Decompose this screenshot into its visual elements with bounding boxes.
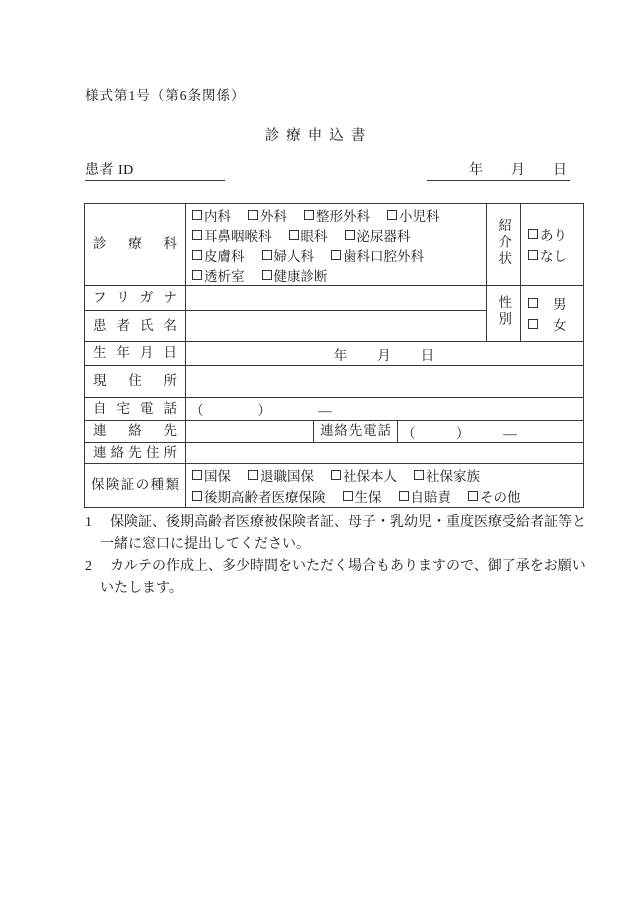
- department-label: 診療科: [85, 236, 185, 252]
- form-page: 様式第1号（第6条関係） 診療申込書 患者 ID 年 月 日 診療科 内科 外科…: [0, 0, 630, 915]
- checkbox-option-kenko[interactable]: 健康診断: [262, 265, 328, 285]
- checkbox-icon: [262, 270, 272, 280]
- checkbox-icon: [304, 210, 314, 220]
- checkbox-option-female[interactable]: 女: [528, 314, 583, 335]
- note-line: 1保険証、後期高齢者医療被保険者証、母子・乳幼児・重度医療受給者証等と: [85, 512, 590, 534]
- checkbox-label: 透析室: [204, 265, 245, 285]
- checkbox-label: 男: [553, 293, 567, 313]
- checkbox-option-taishoku[interactable]: 退職国保: [248, 465, 314, 485]
- checkbox-option-shaho-kazoku[interactable]: 社保家族: [414, 465, 480, 485]
- table-row: 自宅電話 （ ） ―: [85, 398, 584, 421]
- home-phone-value: （ ） ―: [186, 399, 583, 419]
- table-row: 診療科 内科 外科 整形外科 小児科 耳鼻咽喉科 眼科 泌尿器科 皮膚科 婦人科: [85, 204, 584, 286]
- home-phone-label: 自宅電話: [85, 401, 185, 417]
- checkbox-icon: [399, 491, 409, 501]
- checkbox-option-geka[interactable]: 外科: [248, 205, 287, 225]
- checkbox-icon: [345, 230, 355, 240]
- address-label: 現住所: [85, 373, 185, 389]
- checkbox-label: 眼科: [301, 225, 328, 245]
- checkbox-icon: [192, 250, 202, 260]
- checkbox-label: あり: [540, 224, 567, 244]
- patient-name-label: 患者氏名: [85, 318, 185, 334]
- insurance-line-2: 後期高齢者医療保険 生保 自賠責 その他: [186, 486, 583, 507]
- referral-options: あり なし: [521, 224, 583, 266]
- note-text: カルテの作成上、多少時間をいただく場合もありますので、御了承をお願い: [110, 559, 586, 574]
- department-line-1: 内科 外科 整形外科 小児科: [186, 205, 486, 225]
- checkbox-icon: [343, 491, 353, 501]
- checkbox-icon: [192, 230, 202, 240]
- gender-options: 男 女: [521, 293, 583, 335]
- checkbox-label: 生保: [355, 486, 382, 506]
- birth-date-input-cell[interactable]: 年 月 日: [186, 342, 584, 366]
- referral-label-cell: 紹介状: [487, 204, 521, 286]
- checkbox-option-shonika[interactable]: 小児科: [387, 205, 440, 225]
- address-input-cell[interactable]: [186, 366, 584, 398]
- patient-id-label: 患者 ID: [85, 163, 134, 178]
- checkbox-icon: [528, 298, 538, 308]
- furigana-label: フリガナ: [85, 290, 185, 306]
- department-options-cell: 内科 外科 整形外科 小児科 耳鼻咽喉科 眼科 泌尿器科 皮膚科 婦人科 歯科口…: [186, 204, 487, 286]
- checkbox-icon: [248, 470, 258, 480]
- gender-label: 性別: [497, 295, 511, 328]
- checkbox-label: 国保: [204, 465, 231, 485]
- checkbox-option-kokuho[interactable]: 国保: [192, 465, 231, 485]
- gender-label-cell: 性別: [487, 286, 521, 342]
- contact-address-label-cell: 連絡先住所: [85, 443, 186, 464]
- referral-options-cell: あり なし: [521, 204, 584, 286]
- checkbox-label: 皮膚科: [204, 245, 245, 265]
- checkbox-icon: [192, 491, 202, 501]
- form-number: 様式第1号（第6条関係）: [85, 84, 246, 104]
- checkbox-icon: [192, 470, 202, 480]
- date-placeholder: 年 月 日: [469, 163, 567, 178]
- checkbox-option-hifuka[interactable]: 皮膚科: [192, 245, 245, 265]
- checkbox-option-jibi[interactable]: 耳鼻咽喉科: [192, 225, 272, 245]
- checkbox-icon: [192, 270, 202, 280]
- checkbox-icon: [528, 319, 538, 329]
- checkbox-icon: [387, 210, 397, 220]
- checkbox-label: 婦人科: [274, 245, 315, 265]
- checkbox-icon: [528, 229, 538, 239]
- checkbox-option-sonota[interactable]: その他: [468, 486, 521, 506]
- page-title: 診療申込書: [0, 124, 630, 145]
- checkbox-label: 自賠責: [411, 486, 452, 506]
- contact-phone-label-cell: 連絡先電話: [314, 421, 398, 443]
- note-number: 1: [85, 512, 110, 534]
- insurance-label: 保険証の種類: [85, 477, 185, 493]
- checkbox-icon: [331, 250, 341, 260]
- checkbox-option-kouki[interactable]: 後期高齢者医療保険: [192, 486, 326, 506]
- checkbox-label: 小児科: [399, 205, 440, 225]
- checkbox-label: 内科: [204, 205, 231, 225]
- department-line-3: 皮膚科 婦人科 歯科口腔外科: [186, 245, 486, 265]
- checkbox-label: その他: [480, 486, 521, 506]
- home-phone-label-cell: 自宅電話: [85, 398, 186, 421]
- address-label-cell: 現住所: [85, 366, 186, 398]
- checkbox-option-naika[interactable]: 内科: [192, 205, 231, 225]
- checkbox-icon: [528, 250, 538, 260]
- referral-label: 紹介状: [497, 218, 511, 268]
- department-line-2: 耳鼻咽喉科 眼科 泌尿器科: [186, 225, 486, 245]
- furigana-input-cell[interactable]: [186, 286, 487, 311]
- contact-label-cell: 連絡先: [85, 421, 186, 443]
- checkbox-option-referral-no[interactable]: なし: [528, 245, 583, 266]
- furigana-label-cell: フリガナ: [85, 286, 186, 311]
- checkbox-icon: [192, 210, 202, 220]
- contact-address-label: 連絡先住所: [85, 445, 185, 461]
- checkbox-label: 耳鼻咽喉科: [204, 225, 272, 245]
- date-field[interactable]: 年 月 日: [427, 159, 570, 181]
- note-text: 一緒に窓口に提出してください。: [85, 534, 590, 556]
- department-line-4: 透析室 健康診断: [186, 265, 486, 285]
- checkbox-icon: [468, 491, 478, 501]
- birth-date-value: 年 月 日: [186, 344, 583, 364]
- footer-notes: 1保険証、後期高齢者医療被保険者証、母子・乳幼児・重度医療受給者証等と 一緒に窓…: [85, 512, 590, 600]
- checkbox-label: 社保本人: [343, 465, 397, 485]
- checkbox-option-seiho[interactable]: 生保: [343, 486, 382, 506]
- checkbox-option-hinyokika[interactable]: 泌尿器科: [345, 225, 411, 245]
- checkbox-label: なし: [540, 245, 567, 265]
- checkbox-label: 歯科口腔外科: [343, 245, 424, 265]
- birth-date-label-cell: 生年月日: [85, 342, 186, 366]
- checkbox-option-shaho-honnin[interactable]: 社保本人: [331, 465, 397, 485]
- checkbox-icon: [262, 250, 272, 260]
- insurance-label-cell: 保険証の種類: [85, 464, 186, 508]
- note-number: 2: [85, 556, 110, 578]
- contact-phone-label: 連絡先電話: [314, 423, 397, 439]
- patient-name-input-cell[interactable]: [186, 311, 487, 342]
- checkbox-option-shika[interactable]: 歯科口腔外科: [331, 245, 424, 265]
- checkbox-label: 泌尿器科: [357, 225, 411, 245]
- note-line: 2カルテの作成上、多少時間をいただく場合もありますので、御了承をお願い: [85, 556, 590, 578]
- checkbox-label: 女: [553, 314, 567, 334]
- checkbox-option-seikeigeka[interactable]: 整形外科: [304, 205, 370, 225]
- patient-id-field[interactable]: 患者 ID: [85, 159, 225, 181]
- table-row: 保険証の種類 国保 退職国保 社保本人 社保家族 後期高齢者医療保険 生保 自賠…: [85, 464, 584, 508]
- note-text: いたします。: [85, 578, 590, 600]
- contact-phone-input-cell[interactable]: （ ） ―: [398, 421, 584, 443]
- checkbox-icon: [331, 470, 341, 480]
- application-form-table: 診療科 内科 外科 整形外科 小児科 耳鼻咽喉科 眼科 泌尿器科 皮膚科 婦人科: [84, 203, 584, 508]
- checkbox-option-referral-yes[interactable]: あり: [528, 224, 583, 245]
- checkbox-label: 社保家族: [426, 465, 480, 485]
- checkbox-option-toseki[interactable]: 透析室: [192, 265, 245, 285]
- insurance-options-cell: 国保 退職国保 社保本人 社保家族 後期高齢者医療保険 生保 自賠責 その他: [186, 464, 584, 508]
- contact-address-input-cell[interactable]: [186, 443, 584, 464]
- contact-label: 連絡先: [85, 423, 185, 439]
- insurance-line-1: 国保 退職国保 社保本人 社保家族: [186, 465, 583, 486]
- checkbox-icon: [289, 230, 299, 240]
- checkbox-label: 後期高齢者医療保険: [204, 486, 326, 506]
- checkbox-label: 外科: [260, 205, 287, 225]
- contact-input-cell[interactable]: [186, 421, 314, 443]
- table-row: フリガナ 性別 男 女: [85, 286, 584, 311]
- checkbox-icon: [248, 210, 258, 220]
- table-row: 生年月日 年 月 日: [85, 342, 584, 366]
- contact-phone-value: （ ） ―: [398, 422, 583, 442]
- table-row: 連絡先住所: [85, 443, 584, 464]
- checkbox-option-fujinka[interactable]: 婦人科: [262, 245, 315, 265]
- home-phone-input-cell[interactable]: （ ） ―: [186, 398, 584, 421]
- gender-options-cell: 男 女: [521, 286, 584, 342]
- table-row: 連絡先 連絡先電話 （ ） ―: [85, 421, 584, 443]
- checkbox-option-jibaiseki[interactable]: 自賠責: [399, 486, 452, 506]
- checkbox-option-ganka[interactable]: 眼科: [289, 225, 328, 245]
- department-label-cell: 診療科: [85, 204, 186, 286]
- checkbox-label: 整形外科: [316, 205, 370, 225]
- note-text: 保険証、後期高齢者医療被保険者証、母子・乳幼児・重度医療受給者証等と: [110, 515, 586, 530]
- patient-name-label-cell: 患者氏名: [85, 311, 186, 342]
- checkbox-label: 退職国保: [260, 465, 314, 485]
- checkbox-option-male[interactable]: 男: [528, 293, 583, 314]
- birth-date-label: 生年月日: [85, 345, 185, 361]
- checkbox-label: 健康診断: [274, 265, 328, 285]
- checkbox-icon: [414, 470, 424, 480]
- table-row: 現住所: [85, 366, 584, 398]
- note-1: 1保険証、後期高齢者医療被保険者証、母子・乳幼児・重度医療受給者証等と 一緒に窓…: [85, 512, 590, 556]
- note-2: 2カルテの作成上、多少時間をいただく場合もありますので、御了承をお願い いたしま…: [85, 556, 590, 600]
